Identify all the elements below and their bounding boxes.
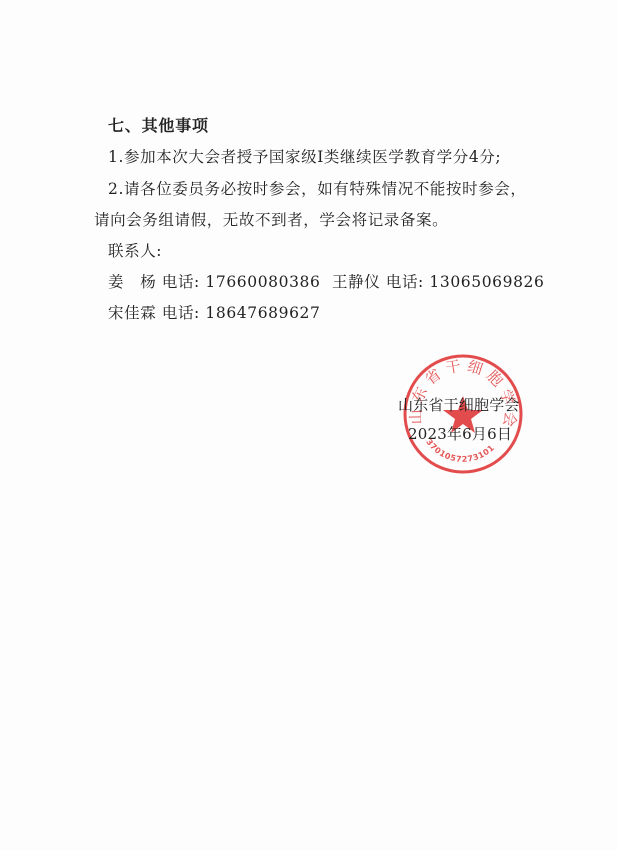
document-page: 七、其他事项 1.参加本次大会者授予国家级I类继续医学教育学分4分; 2.请各位… — [0, 0, 617, 851]
item-2-continued: 请向会务组请假，无故不到者，学会将记录备案。 — [94, 210, 448, 230]
contact-phone: 13065069826 — [429, 273, 544, 291]
contacts-label: 联系人: — [108, 241, 162, 261]
contact-row-3: 宋佳霖 电话: 18647689627 — [108, 303, 320, 323]
contact-phone-label: 电话: — [162, 304, 200, 322]
item-2: 2.请各位委员务必按时参会，如有特殊情况不能按时参会， — [108, 179, 527, 199]
contact-phone: 18647689627 — [205, 304, 320, 322]
contact-row-1: 姜 杨 电话: 17660080386 — [108, 272, 320, 292]
contact-phone-label: 电话: — [386, 273, 424, 291]
contact-phone-label: 电话: — [162, 273, 200, 291]
contact-name: 宋佳霖 — [108, 304, 156, 322]
section-heading: 七、其他事项 — [108, 116, 209, 136]
contact-phone: 17660080386 — [205, 273, 320, 291]
item-1: 1.参加本次大会者授予国家级I类继续医学教育学分4分; — [108, 147, 501, 167]
signature-date: 2023年6月6日 — [408, 423, 512, 444]
signature-organization: 山东省干细胞学会 — [398, 394, 520, 415]
contact-name: 姜 杨 — [108, 273, 156, 291]
contact-name: 王静仪 — [332, 273, 380, 291]
contact-row-2: 王静仪 电话: 13065069826 — [332, 272, 544, 292]
